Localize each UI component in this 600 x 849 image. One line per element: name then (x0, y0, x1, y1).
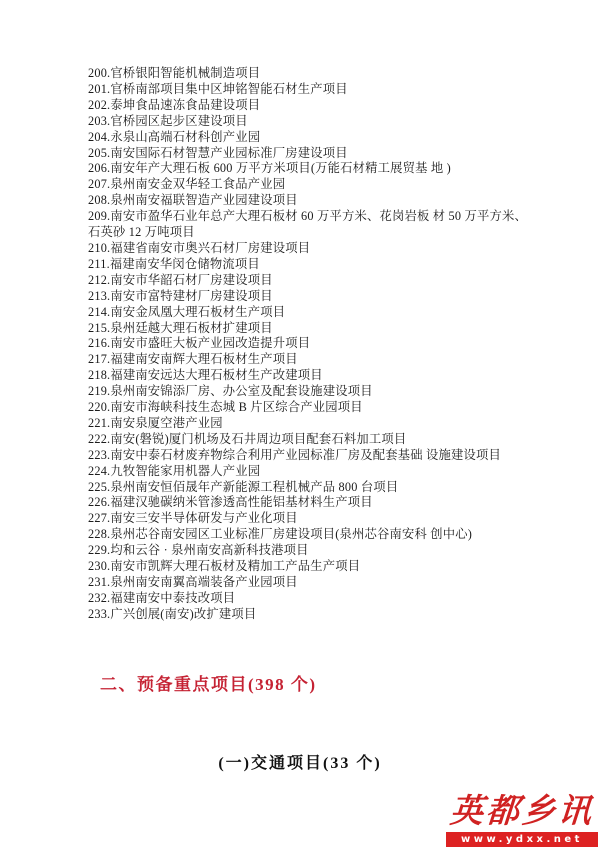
list-line: 200.官桥银阳智能机械制造项目 (88, 66, 558, 82)
list-line: 石英砂 12 万吨项目 (88, 225, 558, 241)
list-line: 213.南安市富特建材厂房建设项目 (88, 289, 558, 305)
list-line: 208.泉州南安福联智造产业园建设项目 (88, 193, 558, 209)
list-line: 205.南安国际石材智慧产业园标准厂房建设项目 (88, 146, 558, 162)
list-line: 201.官桥南部项目集中区坤铭智能石材生产项目 (88, 82, 558, 98)
list-line: 216.南安市盛旺大板产业园改造提升项目 (88, 336, 558, 352)
list-line: 219.泉州南安锦添厂房、办公室及配套设施建设项目 (88, 384, 558, 400)
logo-url-bar: www.ydxx.net (446, 832, 598, 847)
list-line: 218.福建南安远达大理石板材生产改建项目 (88, 368, 558, 384)
list-line: 202.泰坤食品速冻食品建设项目 (88, 98, 558, 114)
list-line: 233.广兴创展(南安)改扩建项目 (88, 607, 558, 623)
list-line: 224.九牧智能家用机器人产业园 (88, 464, 558, 480)
list-line: 230.南安市凯辉大理石板材及精加工产品生产项目 (88, 559, 558, 575)
list-line: 231.泉州南安南翼高端装备产业园项目 (88, 575, 558, 591)
list-line: 211.福建南安华闵仓储物流项目 (88, 257, 558, 273)
site-watermark-logo: 英都乡讯 www.ydxx.net (446, 790, 598, 847)
list-line: 215.泉州廷越大理石板材扩建项目 (88, 321, 558, 337)
list-line: 229.均和云谷 · 泉州南安高新科技港项目 (88, 543, 558, 559)
list-line: 232.福建南安中泰技改项目 (88, 591, 558, 607)
section-heading-reserve-projects: 二、预备重点项目(398 个) (100, 670, 317, 695)
list-line: 212.南安市华韶石材厂房建设项目 (88, 273, 558, 289)
list-line: 203.官桥园区起步区建设项目 (88, 114, 558, 130)
list-line: 223.南安中泰石材废弃物综合利用产业园标准厂房及配套基础 设施建设项目 (88, 448, 558, 464)
logo-calligraphy-text: 英都乡讯 (445, 790, 600, 832)
list-line: 220.南安市海峡科技生态城 B 片区综合产业园项目 (88, 400, 558, 416)
list-line: 210.福建省南安市奥兴石材厂房建设项目 (88, 241, 558, 257)
subsection-heading-transport-projects: (一)交通项目(33 个) (0, 750, 600, 773)
list-line: 207.泉州南安金双华轻工食品产业园 (88, 177, 558, 193)
list-line: 221.南安泉厦空港产业园 (88, 416, 558, 432)
list-line: 222.南安(磐锐)厦门机场及石井周边项目配套石料加工项目 (88, 432, 558, 448)
list-line: 227.南安三安半导体研发与产业化项目 (88, 511, 558, 527)
list-line: 204.永泉山高端石材科创产业园 (88, 130, 558, 146)
list-line: 217.福建南安南辉大理石板材生产项目 (88, 352, 558, 368)
project-list: 200.官桥银阳智能机械制造项目201.官桥南部项目集中区坤铭智能石材生产项目2… (88, 66, 558, 623)
list-line: 228.泉州芯谷南安园区工业标准厂房建设项目(泉州芯谷南安科 创中心) (88, 527, 558, 543)
list-line: 226.福建汉驰碳纳米管渗透高性能铝基材料生产项目 (88, 495, 558, 511)
list-line: 214.南安金凤凰大理石板材生产项目 (88, 305, 558, 321)
list-line: 225.泉州南安恒佰晟年产新能源工程机械产品 800 台项目 (88, 480, 558, 496)
list-line: 209.南安市盈华石业年总产大理石板材 60 万平方米、花岗岩板 材 50 万平… (88, 209, 558, 225)
list-line: 206.南安年产大理石板 600 万平方米项目(万能石材精工展贸基 地 ) (88, 161, 558, 177)
